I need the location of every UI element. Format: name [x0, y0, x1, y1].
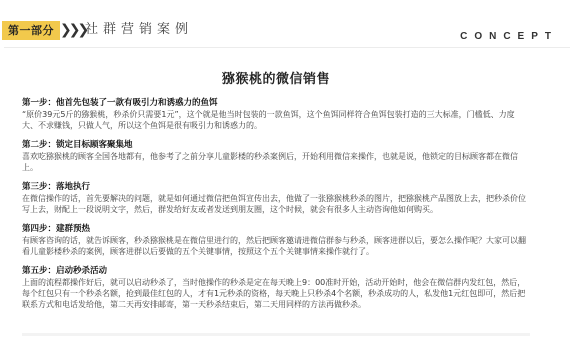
- step-3: 第三步：落地执行 在微信操作的话，首先要解决的问题，就是如何通过微信把鱼饵宣传出…: [22, 182, 530, 215]
- concept-label: CONCEPT: [460, 30, 558, 44]
- step-body: 在微信操作的话，首先要解决的问题，就是如何通过微信把鱼饵宣传出去，他做了一张猕猴…: [22, 193, 530, 215]
- case-document: 猕猴桃的微信销售 第一步：他首先包装了一款有吸引力和诱惑力的鱼饵 “原价39元5…: [22, 58, 530, 336]
- step-body: 喜欢吃猕猴桃的顾客全国各地都有，他参考了之前分享儿童影楼的秒杀案例后，开始利用微…: [22, 151, 530, 173]
- step-body: 有顾客咨询的话，就告诉顾客，秒杀猕猴桃是在微信里进行的，然后把顾客邀请进微信群参…: [22, 235, 530, 257]
- section-badge: 第一部分: [2, 21, 60, 40]
- step-5: 第五步：启动秒杀活动 上面的流程都操作好后，就可以启动秒杀了，当时他操作的秒杀是…: [22, 266, 530, 310]
- step-title: 第五步：启动秒杀活动: [22, 266, 530, 277]
- step-4: 第四步：建群预热 有顾客咨询的话，就告诉顾客，秒杀猕猴桃是在微信里进行的，然后把…: [22, 224, 530, 257]
- triple-chevron-icon: ❯❯❯: [60, 20, 86, 40]
- steps-list: 第一步：他首先包装了一款有吸引力和诱惑力的鱼饵 “原价39元5斤的猕猴桃，秒杀价…: [22, 98, 530, 319]
- step-title: 第二步：锁定目标顾客聚集地: [22, 140, 530, 151]
- slide-header: 第一部分 ❯❯❯ 社群营销案例 CONCEPT: [0, 0, 570, 48]
- document-title: 猕猴桃的微信销售: [22, 68, 530, 87]
- slide-page: 第一部分 ❯❯❯ 社群营销案例 CONCEPT 猕猴桃的微信销售 第一步：他首先…: [0, 0, 570, 360]
- header-divider: [4, 47, 570, 48]
- step-title: 第一步：他首先包装了一款有吸引力和诱惑力的鱼饵: [22, 98, 530, 109]
- step-body: “原价39元5斤的猕猴桃，秒杀价只需要1元”，这个就是他当时包装的一款鱼饵，这个…: [22, 109, 530, 131]
- step-title: 第三步：落地执行: [22, 182, 530, 193]
- step-1: 第一步：他首先包装了一款有吸引力和诱惑力的鱼饵 “原价39元5斤的猕猴桃，秒杀价…: [22, 98, 530, 131]
- section-title: 社群营销案例: [85, 20, 193, 40]
- step-title: 第四步：建群预热: [22, 224, 530, 235]
- step-body: 上面的流程都操作好后，就可以启动秒杀了，当时他操作的秒杀是定在每天晚上9：00准…: [22, 277, 530, 310]
- step-2: 第二步：锁定目标顾客聚集地 喜欢吃猕猴桃的顾客全国各地都有，他参考了之前分享儿童…: [22, 140, 530, 173]
